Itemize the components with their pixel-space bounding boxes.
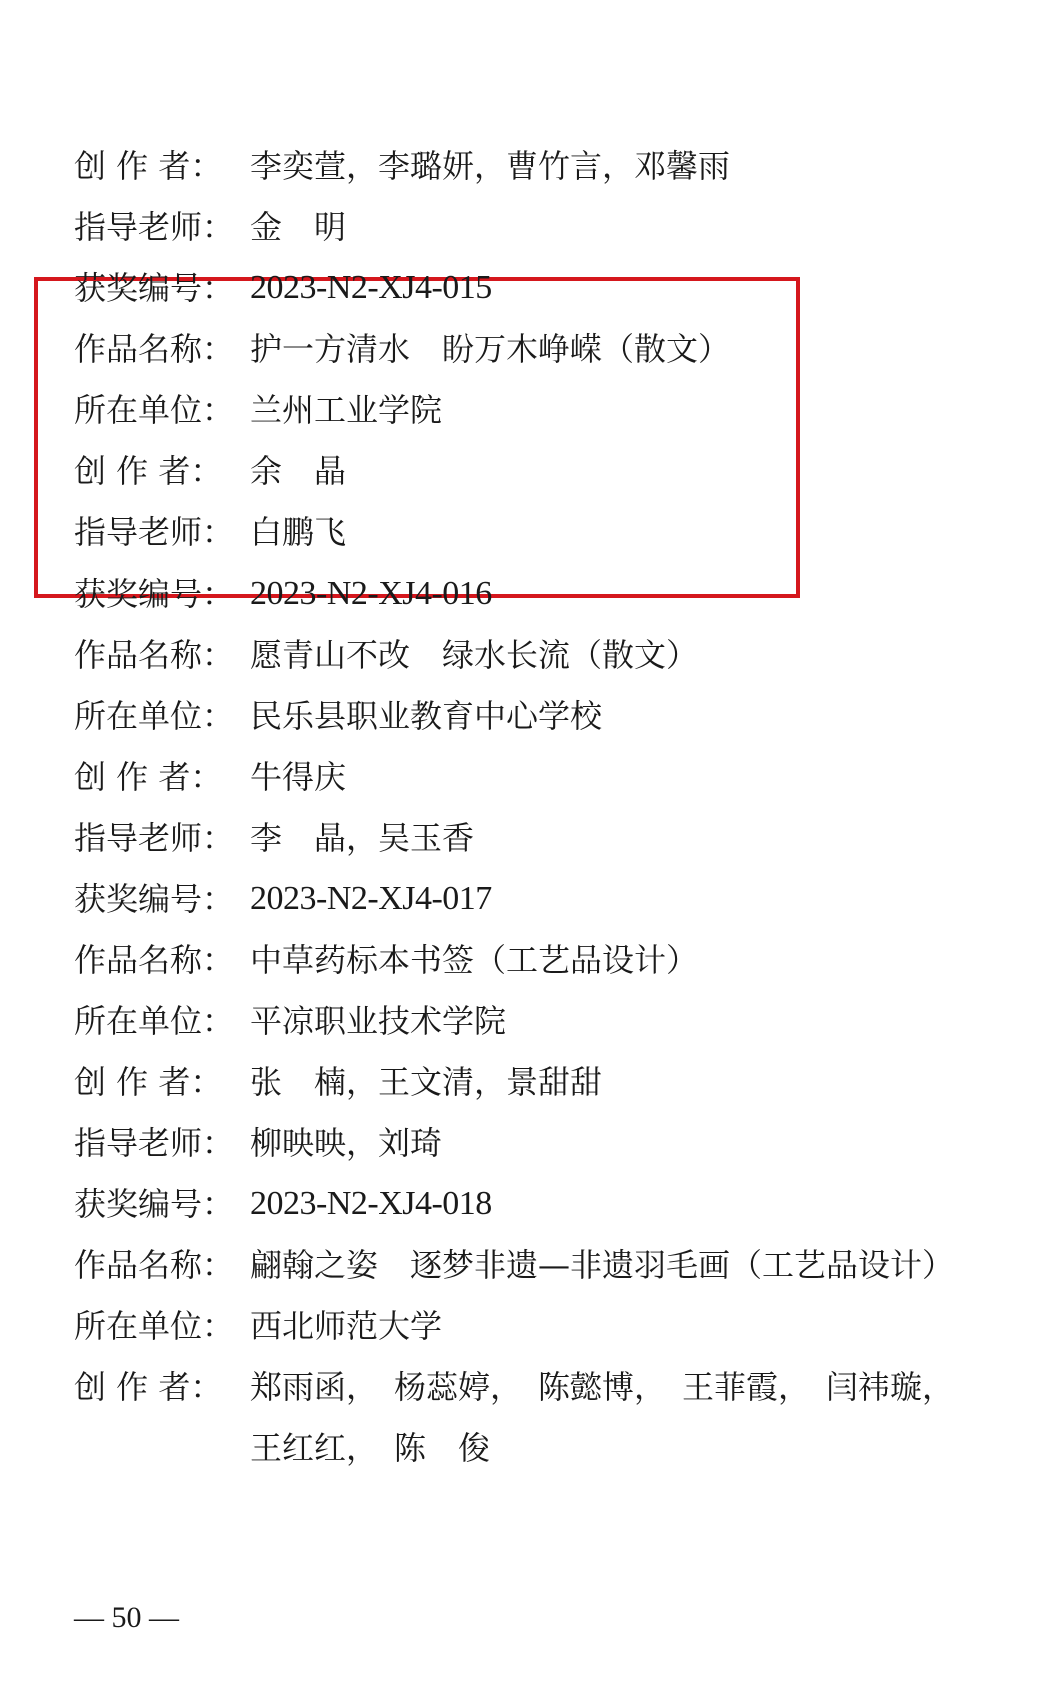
author-label: 创 作 者： xyxy=(74,451,250,491)
unit-value: 平凉职业技术学院 xyxy=(250,1001,506,1041)
advisor-line: 指导老师： 柳映映，刘琦 xyxy=(74,1123,442,1163)
work-title-label: 作品名称： xyxy=(74,329,250,369)
work-title-label: 作品名称： xyxy=(74,1245,250,1285)
award-no-label: 获奖编号： xyxy=(74,879,250,919)
author-value: 张 楠，王文清，景甜甜 xyxy=(250,1062,602,1102)
work-title-line: 作品名称： 中草药标本书签（工艺品设计） xyxy=(74,940,698,980)
author-label: 创 作 者： xyxy=(74,146,250,186)
author-line: 创 作 者： 牛得庆 xyxy=(74,757,346,797)
award-no-value: 2023-N2-XJ4-017 xyxy=(250,879,492,919)
unit-line: 所在单位： 西北师范大学 xyxy=(74,1306,442,1346)
author-label: 创 作 者： xyxy=(74,1367,250,1407)
unit-label: 所在单位： xyxy=(74,1306,250,1346)
unit-label: 所在单位： xyxy=(74,390,250,430)
advisor-line: 指导老师： 白鹏飞 xyxy=(74,512,346,552)
advisor-label: 指导老师： xyxy=(74,818,250,858)
award-no-value: 2023-N2-XJ4-016 xyxy=(250,574,492,614)
unit-value: 西北师范大学 xyxy=(250,1306,442,1346)
author-label: 创 作 者： xyxy=(74,1062,250,1102)
author-line: 创 作 者： 张 楠，王文清，景甜甜 xyxy=(74,1062,602,1102)
author-continuation-line: 王红红， 陈 俊 xyxy=(250,1428,490,1468)
award-no-value: 2023-N2-XJ4-015 xyxy=(250,268,492,308)
award-no-label: 获奖编号： xyxy=(74,1184,250,1224)
author-value: 李奕萱，李璐妍，曹竹言，邓馨雨 xyxy=(250,146,730,186)
work-title-line: 作品名称： 愿青山不改 绿水长流（散文） xyxy=(74,635,698,675)
author-value: 余 晶 xyxy=(250,451,346,491)
award-no-line: 获奖编号： 2023-N2-XJ4-016 xyxy=(74,574,492,614)
advisor-value: 李 晶，吴玉香 xyxy=(250,818,474,858)
unit-label: 所在单位： xyxy=(74,1001,250,1041)
award-no-line: 获奖编号： 2023-N2-XJ4-018 xyxy=(74,1184,492,1224)
unit-value: 兰州工业学院 xyxy=(250,390,442,430)
author-label: 创 作 者： xyxy=(74,757,250,797)
work-title-line: 作品名称： 翩翰之姿 逐梦非遗—非遗羽毛画（工艺品设计） xyxy=(74,1245,954,1285)
author-value-continued: 王红红， 陈 俊 xyxy=(250,1428,490,1468)
work-title-line: 作品名称： 护一方清水 盼万木峥嵘（散文） xyxy=(74,329,730,369)
advisor-line: 指导老师： 李 晶，吴玉香 xyxy=(74,818,474,858)
advisor-label: 指导老师： xyxy=(74,512,250,552)
unit-label: 所在单位： xyxy=(74,696,250,736)
work-title-value: 愿青山不改 绿水长流（散文） xyxy=(250,635,698,675)
award-no-label: 获奖编号： xyxy=(74,268,250,308)
advisor-value: 金 明 xyxy=(250,207,346,247)
award-no-line: 获奖编号： 2023-N2-XJ4-017 xyxy=(74,879,492,919)
award-no-label: 获奖编号： xyxy=(74,574,250,614)
advisor-value: 柳映映，刘琦 xyxy=(250,1123,442,1163)
unit-line: 所在单位： 兰州工业学院 xyxy=(74,390,442,430)
work-title-value: 中草药标本书签（工艺品设计） xyxy=(250,940,698,980)
prev-advisor-line: 指导老师： 金 明 xyxy=(74,207,346,247)
advisor-label: 指导老师： xyxy=(74,207,250,247)
page-number: — 50 — xyxy=(74,1600,179,1636)
unit-line: 所在单位： 民乐县职业教育中心学校 xyxy=(74,696,602,736)
award-no-line: 获奖编号： 2023-N2-XJ4-015 xyxy=(74,268,492,308)
author-line: 创 作 者： 余 晶 xyxy=(74,451,346,491)
work-title-value: 翩翰之姿 逐梦非遗—非遗羽毛画（工艺品设计） xyxy=(250,1245,954,1285)
work-title-label: 作品名称： xyxy=(74,940,250,980)
unit-value: 民乐县职业教育中心学校 xyxy=(250,696,602,736)
author-value: 牛得庆 xyxy=(250,757,346,797)
work-title-label: 作品名称： xyxy=(74,635,250,675)
author-line: 创 作 者： 郑雨函， 杨蕊婷， 陈懿博， 王菲霞， 闫祎璇， xyxy=(74,1367,954,1407)
author-value: 郑雨函， 杨蕊婷， 陈懿博， 王菲霞， 闫祎璇， xyxy=(250,1367,954,1407)
advisor-label: 指导老师： xyxy=(74,1123,250,1163)
advisor-value: 白鹏飞 xyxy=(250,512,346,552)
award-no-value: 2023-N2-XJ4-018 xyxy=(250,1184,492,1224)
work-title-value: 护一方清水 盼万木峥嵘（散文） xyxy=(250,329,730,369)
unit-line: 所在单位： 平凉职业技术学院 xyxy=(74,1001,506,1041)
prev-author-line: 创 作 者： 李奕萱，李璐妍，曹竹言，邓馨雨 xyxy=(74,146,730,186)
